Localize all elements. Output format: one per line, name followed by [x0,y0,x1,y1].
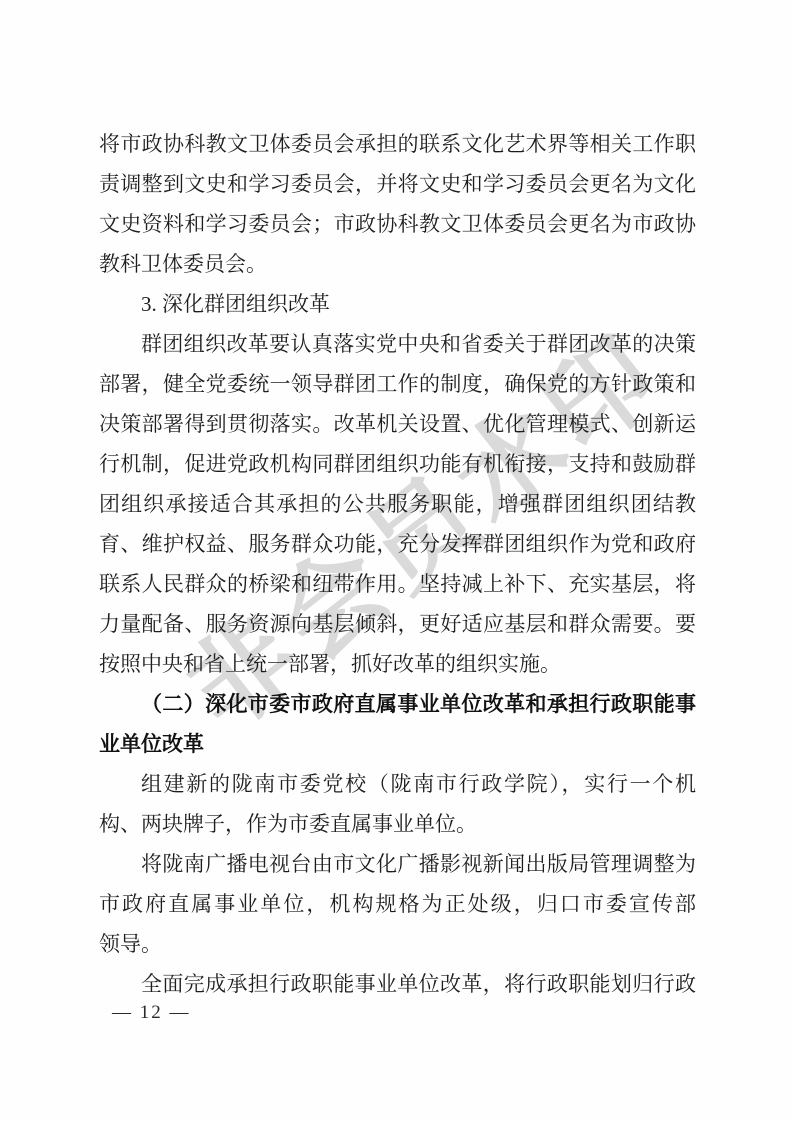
text-line: 文史资料和学习委员会；市政协科教文卫体委员会更名为市政协 [99,204,696,244]
text-line: 领导。 [99,924,696,964]
page-number: — 12 — [112,1001,191,1025]
text-line: 将市政协科教文卫体委员会承担的联系文化艺术界等相关工作职 [99,124,696,164]
section-heading-line: （二）深化市委市政府直属事业单位改革和承担行政职能事 [99,684,696,724]
document-page: 非会员水印 将市政协科教文卫体委员会承担的联系文化艺术界等相关工作职 责调整到文… [0,0,793,1122]
text-line: 责调整到文史和学习委员会，并将文史和学习委员会更名为文化 [99,164,696,204]
text-line: 构、两块牌子，作为市委直属事业单位。 [99,804,696,844]
text-line: 市政府直属事业单位，机构规格为正处级，归口市委宣传部 [99,884,696,924]
text-line: 力量配备、服务资源向基层倾斜，更好适应基层和群众需要。要 [99,604,696,644]
text-line: 教科卫体委员会。 [99,244,696,284]
text-line: 联系人民群众的桥梁和纽带作用。坚持减上补下、充实基层，将 [99,564,696,604]
numbered-heading-line: 3. 深化群团组织改革 [99,284,696,324]
text-line: 组建新的陇南市委党校（陇南市行政学院），实行一个机 [99,764,696,804]
document-body: 将市政协科教文卫体委员会承担的联系文化艺术界等相关工作职 责调整到文史和学习委员… [99,124,696,1004]
text-line: 行机制，促进党政机构同群团组织功能有机衔接，支持和鼓励群 [99,444,696,484]
text-line: 部署，健全党委统一领导群团工作的制度，确保党的方针政策和 [99,364,696,404]
section-heading-line: 业单位改革 [99,724,696,764]
text-line: 决策部署得到贯彻落实。改革机关设置、优化管理模式、创新运 [99,404,696,444]
text-line: 团组织承接适合其承担的公共服务职能，增强群团组织团结教 [99,484,696,524]
text-line: 将陇南广播电视台由市文化广播影视新闻出版局管理调整为 [99,844,696,884]
text-line: 全面完成承担行政职能事业单位改革，将行政职能划归行政 [99,964,696,1004]
text-line: 群团组织改革要认真落实党中央和省委关于群团改革的决策 [99,324,696,364]
text-line: 按照中央和省上统一部署，抓好改革的组织实施。 [99,644,696,684]
text-line: 育、维护权益、服务群众功能，充分发挥群团组织作为党和政府 [99,524,696,564]
